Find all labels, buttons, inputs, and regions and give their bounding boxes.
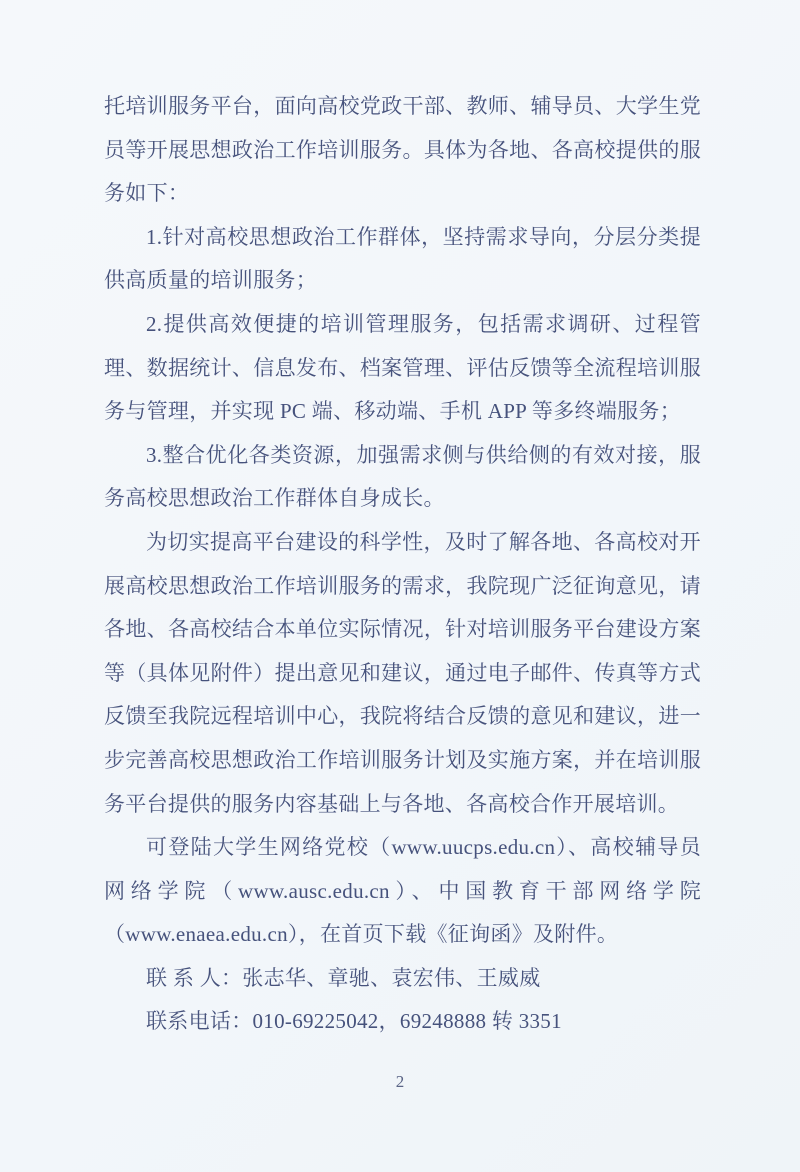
page-number: 2 — [0, 1072, 800, 1092]
paragraph-continuation: 托培训服务平台，面向高校党政干部、教师、辅导员、大学生党员等开展思想政治工作培训… — [104, 85, 701, 216]
paragraph-contact-phone: 联系电话：010-69225042，69248888 转 3351 — [104, 1000, 701, 1044]
scanned-document-page: 托培训服务平台，面向高校党政干部、教师、辅导员、大学生党员等开展思想政治工作培训… — [0, 0, 800, 1172]
paragraph-contact-persons: 联 系 人：张志华、章驰、袁宏伟、王威威 — [104, 957, 701, 1001]
paragraph-consultation: 为切实提高平台建设的科学性，及时了解各地、各高校对开展高校思想政治工作培训服务的… — [104, 521, 701, 826]
paragraph-list-item-2: 2.提供高效便捷的培训管理服务，包括需求调研、过程管理、数据统计、信息发布、档案… — [104, 303, 701, 434]
paragraph-websites: 可登陆大学生网络党校（www.uucps.edu.cn）、高校辅导员网络学院（w… — [104, 826, 701, 957]
paragraph-list-item-3: 3.整合优化各类资源，加强需求侧与供给侧的有效对接，服务高校思想政治工作群体自身… — [104, 434, 701, 521]
paragraph-list-item-1: 1.针对高校思想政治工作群体，坚持需求导向，分层分类提供高质量的培训服务； — [104, 216, 701, 303]
document-body: 托培训服务平台，面向高校党政干部、教师、辅导员、大学生党员等开展思想政治工作培训… — [104, 85, 701, 1044]
